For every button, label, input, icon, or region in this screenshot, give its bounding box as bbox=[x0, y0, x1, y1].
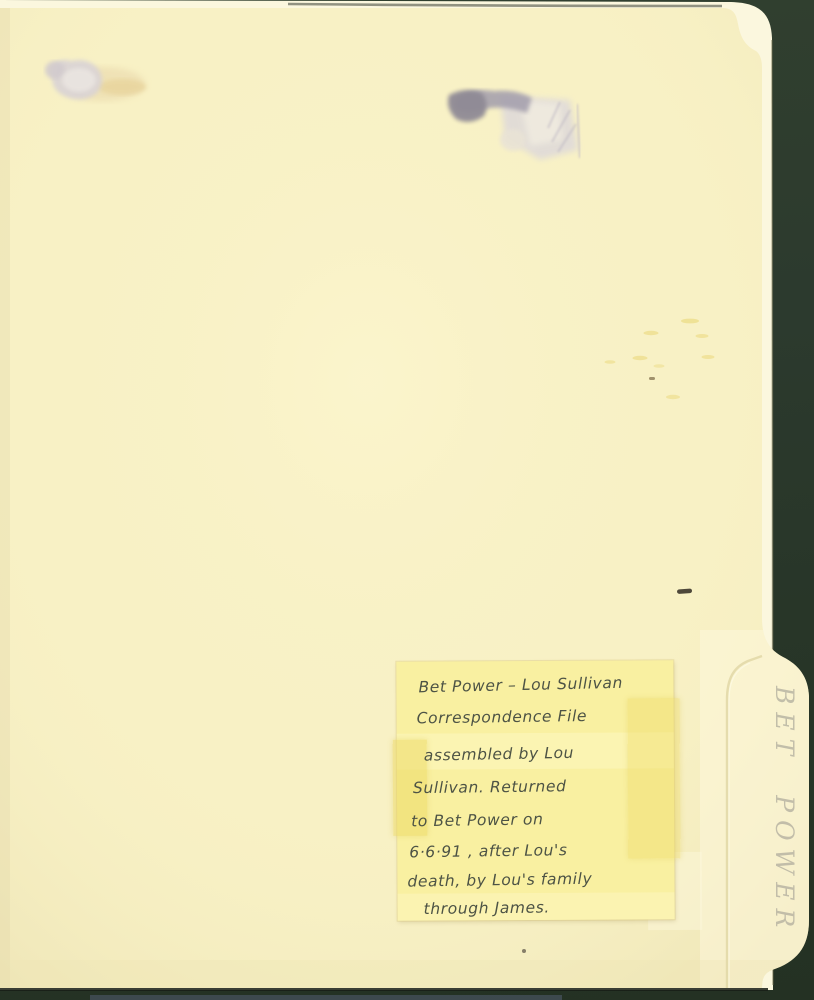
note-line: assembled by Lou bbox=[424, 744, 575, 765]
folder-bottom-edge-shadow bbox=[0, 988, 768, 991]
sticky-note: Bet Power – Lou Sullivan Correspondence … bbox=[396, 660, 674, 920]
tape-strip-right bbox=[628, 698, 681, 858]
note-line: Sullivan. Returned bbox=[413, 777, 567, 797]
note-line: to Bet Power on bbox=[411, 810, 544, 830]
note-line: Correspondence File bbox=[416, 707, 587, 727]
scanner-bottom-strip bbox=[90, 995, 562, 1000]
note-line: death, by Lou's family bbox=[407, 870, 592, 891]
tiny-dot-mark bbox=[522, 949, 526, 953]
small-dark-speck bbox=[649, 377, 655, 380]
scanned-folder-page: Bet Power – Lou Sullivan Correspondence … bbox=[0, 0, 814, 1000]
note-line: Bet Power – Lou Sullivan bbox=[418, 674, 623, 697]
note-line: 6·6·91 , after Lou's bbox=[409, 841, 567, 861]
folder-tab-label: BET POWER bbox=[763, 686, 799, 948]
note-line: through James. bbox=[424, 898, 550, 918]
